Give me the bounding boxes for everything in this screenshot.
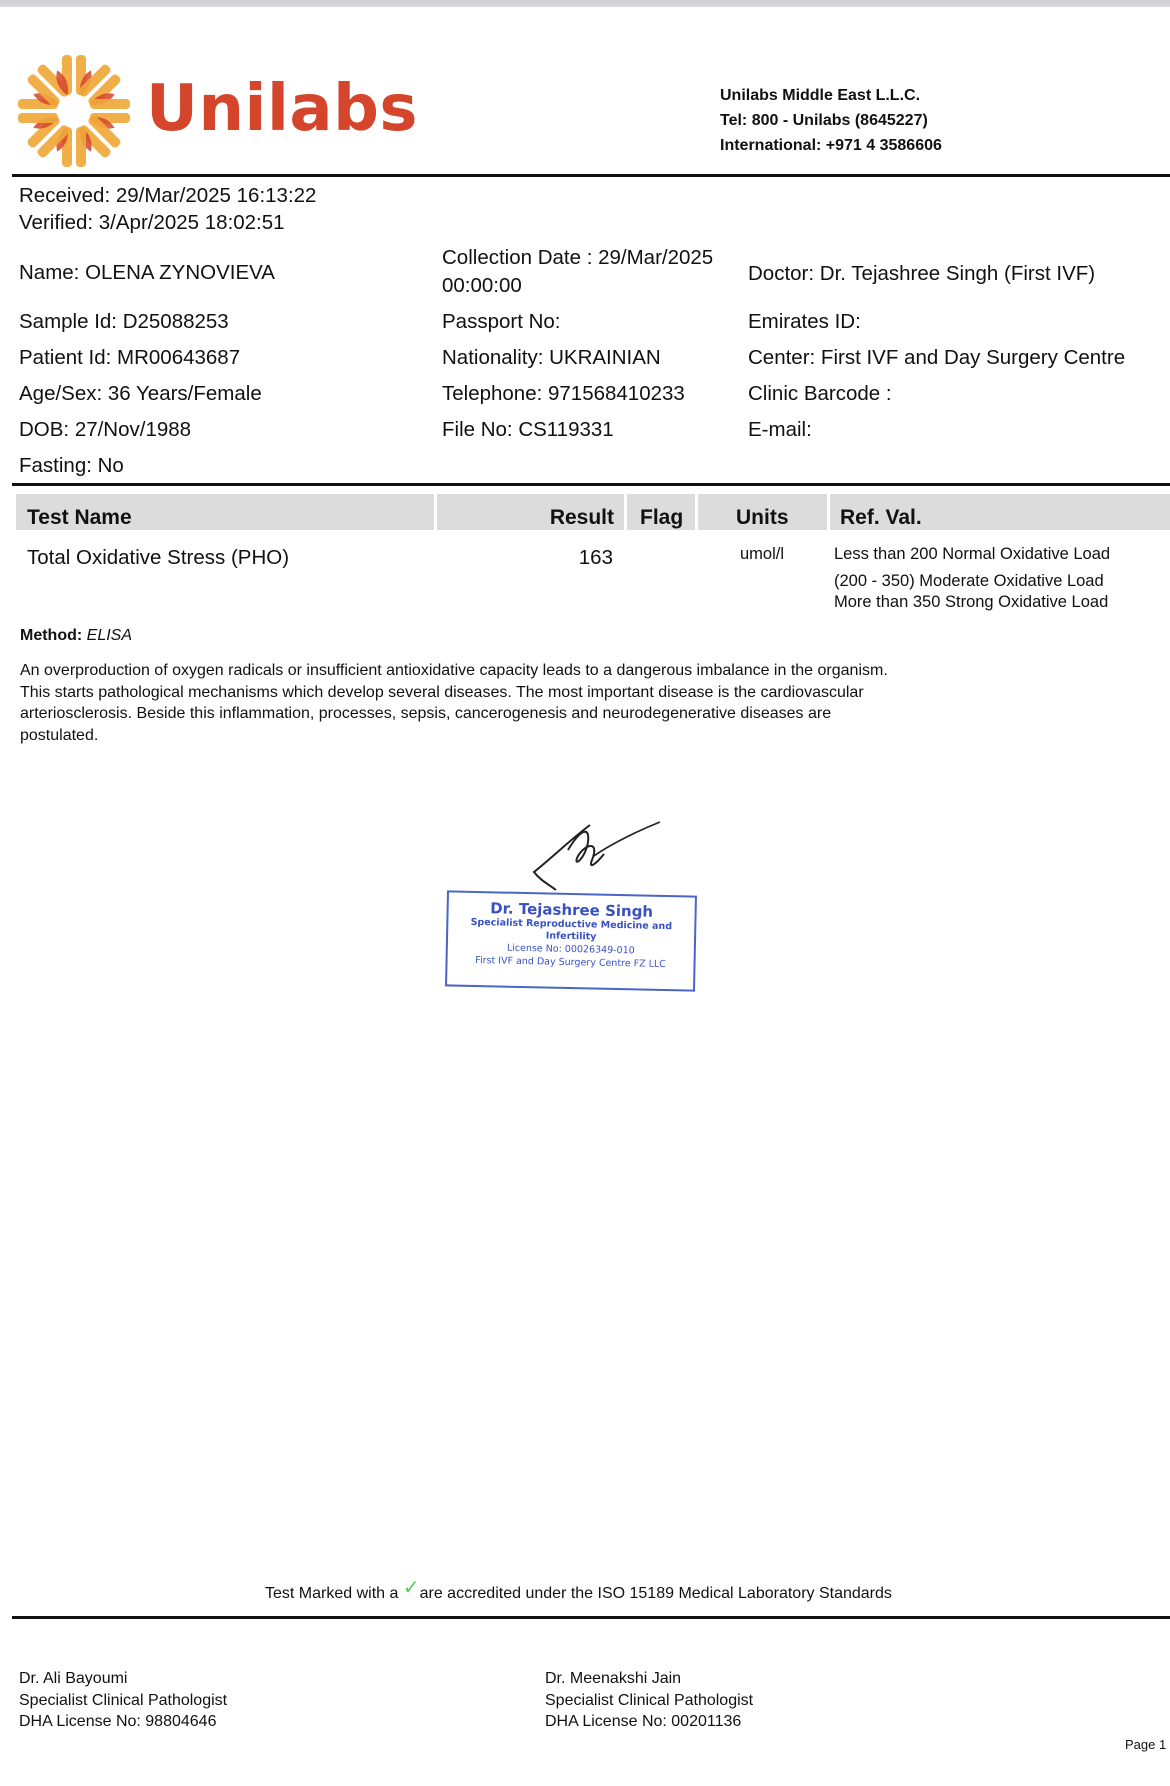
page-number: Page 1 — [1125, 1737, 1166, 1752]
email: E-mail: — [748, 418, 812, 442]
signatory-name: Dr. Meenakshi Jain — [545, 1668, 753, 1690]
passport-no: Passport No: — [442, 310, 561, 334]
method-value: ELISA — [87, 627, 132, 644]
signatory-license: DHA License No: 98804646 — [19, 1711, 227, 1733]
patient-divider — [12, 483, 1170, 486]
description-line: postulated. — [20, 725, 888, 747]
center: Center: First IVF and Day Surgery Centre — [748, 346, 1125, 370]
verified-timestamp: Verified: 3/Apr/2025 18:02:51 — [19, 211, 285, 235]
method: Method: ELISA — [20, 627, 132, 645]
header-ref: Ref. Val. — [840, 506, 922, 530]
company-tel: Tel: 800 - Unilabs (8645227) — [720, 108, 942, 133]
description-line: arteriosclerosis. Beside this inflammati… — [20, 703, 888, 725]
header-units: Units — [736, 506, 789, 530]
ref-line-moderate: (200 - 350) Moderate Oxidative Load — [834, 572, 1104, 591]
window-top-bar — [0, 0, 1170, 7]
description-line: This starts pathological mechanisms whic… — [20, 682, 888, 704]
header-result: Result — [550, 506, 614, 530]
sample-id: Sample Id: D25088253 — [19, 310, 229, 334]
accreditation-text-after: are accredited under the ISO 15189 Medic… — [420, 1585, 892, 1602]
brand-name: Unilabs — [146, 72, 418, 146]
nationality: Nationality: UKRAINIAN — [442, 346, 661, 370]
test-name: Total Oxidative Stress (PHO) — [27, 546, 289, 570]
unilabs-logo-icon — [16, 53, 132, 169]
signature-icon — [530, 820, 680, 900]
footer-divider — [12, 1616, 1170, 1619]
age-sex: Age/Sex: 36 Years/Female — [19, 382, 262, 406]
company-info: Unilabs Middle East L.L.C. Tel: 800 - Un… — [720, 83, 942, 158]
ref-line-strong: More than 350 Strong Oxidative Load — [834, 593, 1108, 612]
test-description: An overproduction of oxygen radicals or … — [20, 660, 888, 746]
emirates-id: Emirates ID: — [748, 310, 861, 334]
clinic-barcode: Clinic Barcode : — [748, 382, 892, 406]
accreditation-text-before: Test Marked with a — [265, 1585, 398, 1602]
check-icon: ✓ — [403, 1577, 420, 1599]
company-international: International: +971 4 3586606 — [720, 133, 942, 158]
patient-id: Patient Id: MR00643687 — [19, 346, 240, 370]
file-no: File No: CS119331 — [442, 418, 614, 442]
description-line: An overproduction of oxygen radicals or … — [20, 660, 888, 682]
company-name: Unilabs Middle East L.L.C. — [720, 83, 942, 108]
collection-date: Collection Date : 29/Mar/2025 — [442, 246, 713, 270]
result-value: 163 — [579, 546, 613, 570]
doctor-stamp: Dr. Tejashree Singh Specialist Reproduct… — [445, 890, 697, 991]
header-flag: Flag — [640, 506, 683, 530]
fasting: Fasting: No — [19, 454, 124, 478]
signatory-name: Dr. Ali Bayoumi — [19, 1668, 227, 1690]
accreditation-note: Test Marked with a ✓are accredited under… — [265, 1579, 892, 1604]
dob: DOB: 27/Nov/1988 — [19, 418, 191, 442]
collection-time: 00:00:00 — [442, 274, 522, 298]
header-test-name: Test Name — [27, 506, 132, 530]
doctor: Doctor: Dr. Tejashree Singh (First IVF) — [748, 262, 1095, 286]
signatory-title: Specialist Clinical Pathologist — [545, 1690, 753, 1712]
signatory-title: Specialist Clinical Pathologist — [19, 1690, 227, 1712]
ref-line-normal: Less than 200 Normal Oxidative Load — [834, 545, 1110, 564]
telephone: Telephone: 971568410233 — [442, 382, 685, 406]
received-timestamp: Received: 29/Mar/2025 16:13:22 — [19, 184, 316, 208]
signatory-license: DHA License No: 00201136 — [545, 1711, 753, 1733]
units-value: umol/l — [740, 545, 784, 564]
signatory-2: Dr. Meenakshi Jain Specialist Clinical P… — [545, 1668, 753, 1733]
header-divider — [12, 174, 1170, 177]
patient-name: Name: OLENA ZYNOVIEVA — [19, 261, 275, 285]
method-label: Method: — [20, 627, 82, 644]
signatory-1: Dr. Ali Bayoumi Specialist Clinical Path… — [19, 1668, 227, 1733]
